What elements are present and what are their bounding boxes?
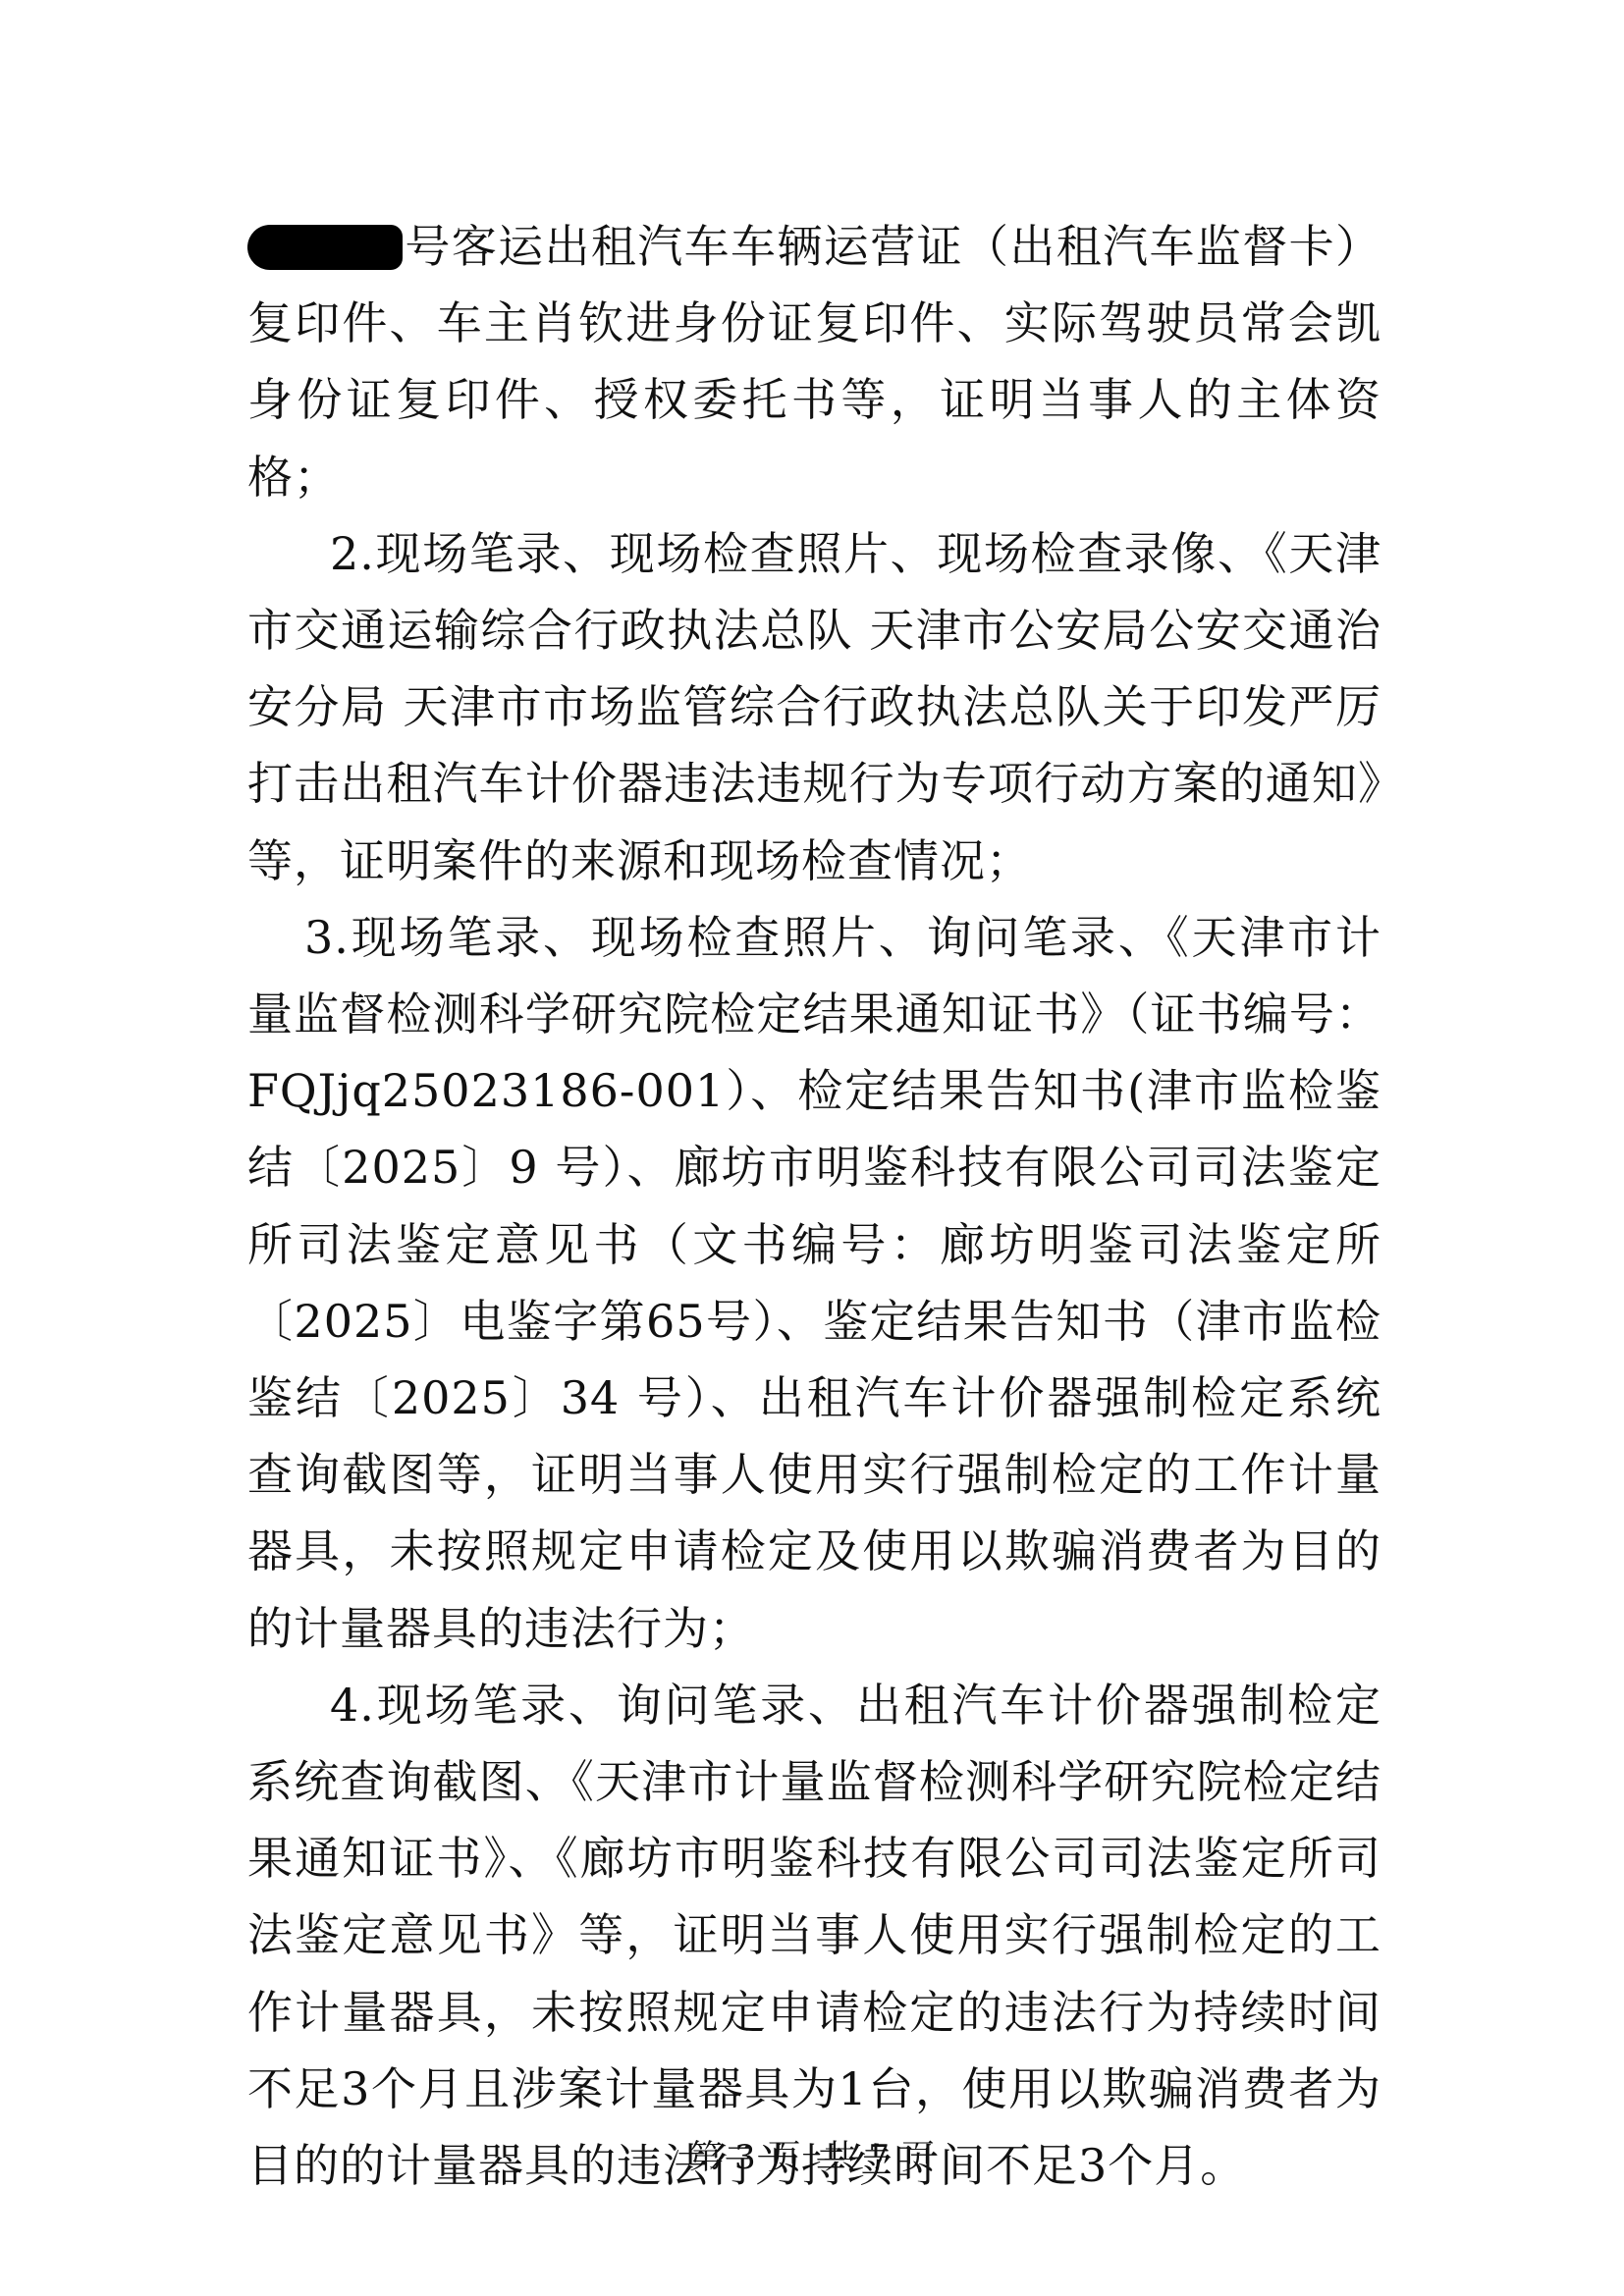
document-body: 号客运出租汽车车辆运营证（出租汽车监督卡）复印件、车主肖钦进身份证复印件、实际驾… <box>247 208 1381 2204</box>
footer-suffix: 页 <box>901 2138 935 2177</box>
paragraph-evidence-4: 4.现场笔录、询问笔录、出租汽车计价器强制检定系统查询截图、《天津市计量监督检测… <box>247 1667 1381 2204</box>
total-page-count: 7 <box>868 2138 890 2177</box>
paragraph-evidence-3: 3.现场笔录、现场检查照片、询问笔录、《天津市计量监督检测科学研究院检定结果通知… <box>247 899 1381 1667</box>
footer-middle: 页 共 <box>768 2138 857 2177</box>
current-page-number: 3 <box>734 2138 756 2177</box>
paragraph-text: 号客运出租汽车车辆运营证（出租汽车监督卡）复印件、车主肖钦进身份证复印件、实际驾… <box>247 220 1381 504</box>
document-page: 号客运出租汽车车辆运营证（出租汽车监督卡）复印件、车主肖钦进身份证复印件、实际驾… <box>0 0 1624 2296</box>
redaction-block <box>247 225 403 270</box>
paragraph-evidence-2: 2.现场笔录、现场检查照片、现场检查录像、《天津市交通运输综合行政执法总队 天津… <box>247 515 1381 899</box>
page-number-footer: 第3页 共7页 <box>0 2130 1624 2178</box>
footer-prefix: 第 <box>689 2138 723 2177</box>
paragraph-evidence-1: 号客运出租汽车车辆运营证（出租汽车监督卡）复印件、车主肖钦进身份证复印件、实际驾… <box>247 208 1381 515</box>
